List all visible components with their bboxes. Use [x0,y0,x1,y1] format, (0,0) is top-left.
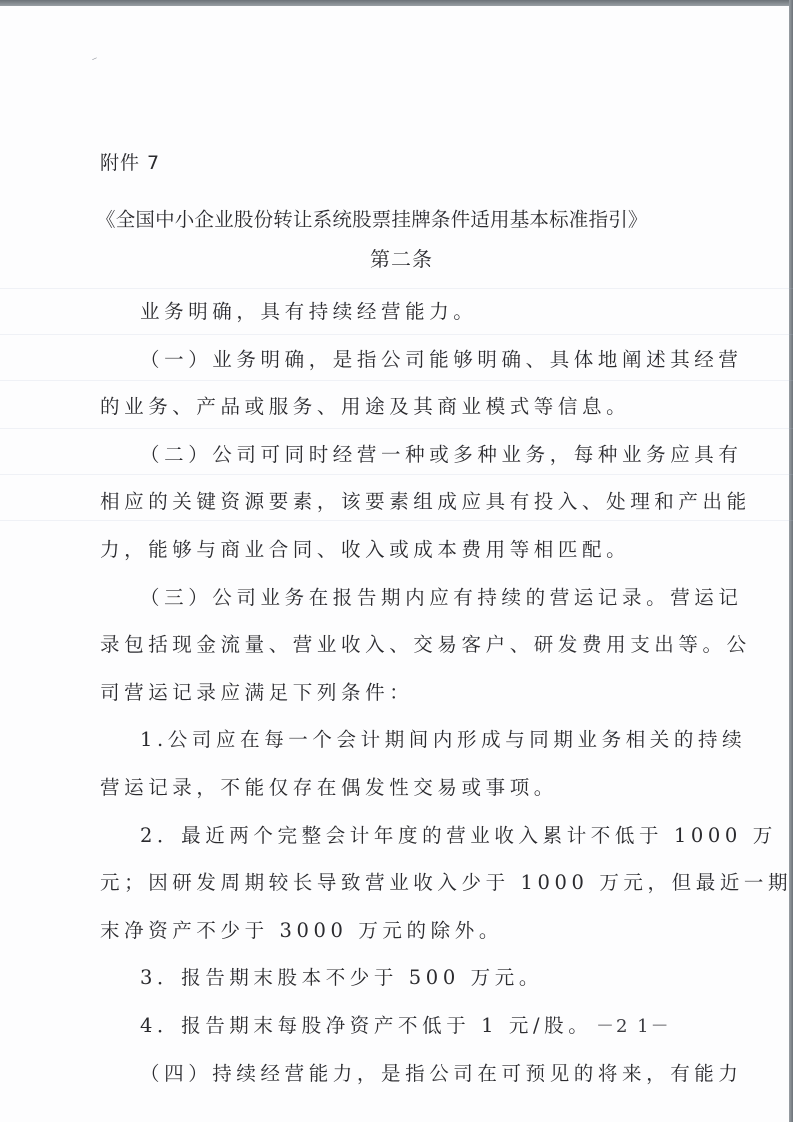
body-line: 力，能够与商业合同、收入或成本费用等相匹配。 [100,534,630,562]
body-line: 2．最近两个完整会计年度的营业收入累计不低于 1000 万 [140,820,777,848]
body-line: （二）公司可同时经营一种或多种业务，每种业务应具有 [140,439,743,467]
body-line: （一）业务明确，是指公司能够明确、具体地阐述其经营 [140,344,743,372]
body-line: 的业务、产品或服务、用途及其商业模式等信息。 [100,391,630,419]
bleed-through-line [0,428,793,429]
body-line: 司营运记录应满足下列条件： [100,677,413,705]
bleed-through-line [0,334,793,335]
scan-speck-mark: ⸝ [85,49,108,82]
body-line: （四）持续经营能力，是指公司在可预见的将来，有能力 [140,1058,743,1086]
bleed-through-line [0,288,793,289]
body-line: 末净资产不少于 3000 万元的除外。 [100,915,503,943]
scan-border-top [0,0,793,6]
document-title: 《全国中小企业股份转让系统股票挂牌条件适用基本标准指引》 [96,204,696,232]
body-line: 3．报告期末股本不少于 500 万元。 [140,962,543,990]
bleed-through-line [0,474,793,475]
body-line: 相应的关键资源要素，该要素组成应具有投入、处理和产出能 [100,486,751,514]
bleed-through-line [0,520,793,521]
body-line: 4．报告期末每股净资产不低于 1 元/股。 [140,1010,592,1038]
page-number: －2 1－ [596,1012,671,1038]
body-line: 录包括现金流量、营业收入、交易客户、研发费用支出等。公 [100,629,751,657]
body-line: 元；因研发周期较长导致营业收入少于 1000 万元，但最近一期 [100,867,792,895]
article-heading: 第二条 [0,243,793,272]
bleed-through-line [0,380,793,381]
scan-border-right [789,0,793,1122]
attachment-label: 附件 7 [100,148,160,175]
body-line: 业务明确，具有持续经营能力。 [140,296,477,324]
body-line: 营运记录，不能仅存在偶发性交易或事项。 [100,772,558,800]
body-line: （三）公司业务在报告期内应有持续的营运记录。营运记 [140,582,743,610]
body-line: 1.公司应在每一个会计期间内形成与同期业务相关的持续 [140,724,746,752]
